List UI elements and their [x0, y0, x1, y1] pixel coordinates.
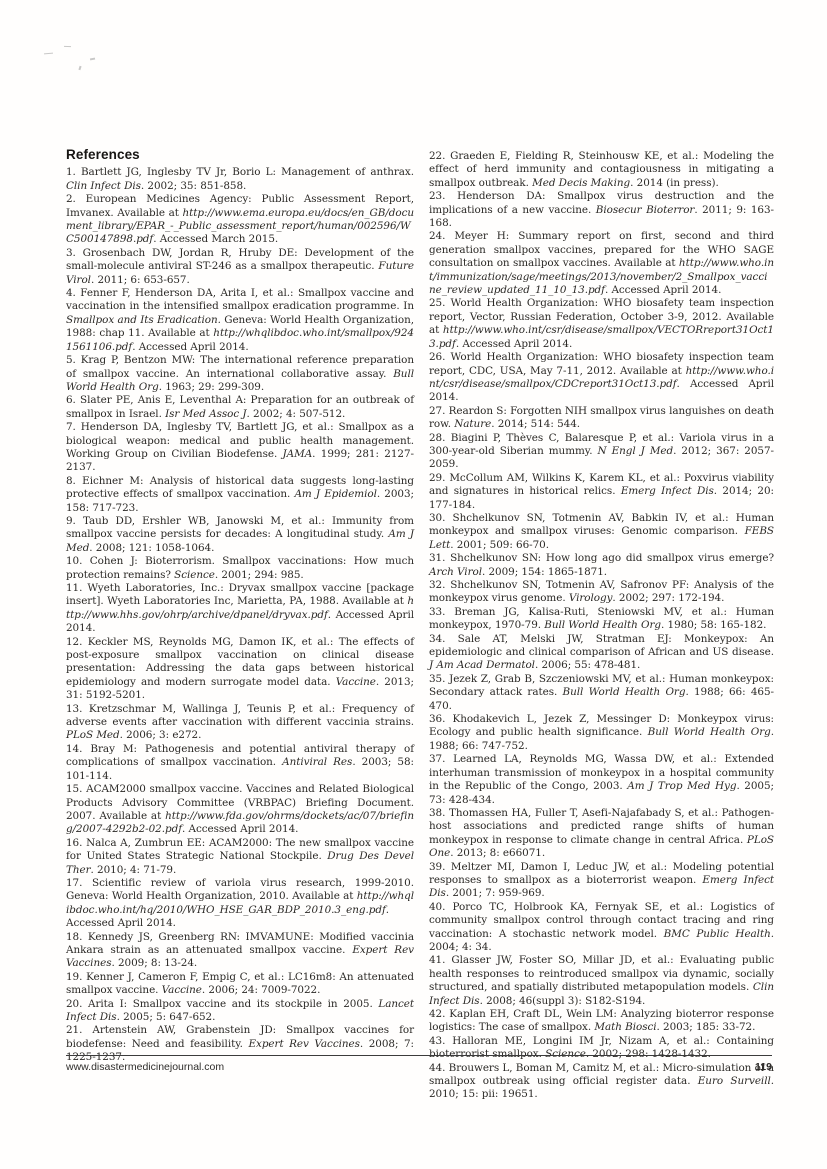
reference-text-segment: . 2006; 55: 478-481. — [535, 659, 640, 671]
references-list-right: 22. Graeden E, Fielding R, Steinhousw KE… — [429, 150, 774, 1102]
reference-item: 37. Learned LA, Reynolds MG, Wassa DW, e… — [429, 753, 774, 807]
reference-text-segment: 34. Sale AT, Melski JW, Stratman EJ: Mon… — [429, 633, 774, 658]
reference-item: 18. Kennedy JS, Greenberg RN: IMVAMUNE: … — [66, 931, 414, 971]
references-column-left: References 1. Bartlett JG, Inglesby TV J… — [66, 148, 414, 1065]
reference-item: 11. Wyeth Laboratories, Inc.: Dryvax sma… — [66, 582, 414, 636]
pencil-mark — [90, 58, 95, 60]
pencil-mark — [64, 46, 71, 47]
reference-journal-italic: PLoS Med — [66, 729, 120, 741]
reference-text-segment: 1. Bartlett JG, Inglesby TV Jr, Borio L:… — [66, 166, 414, 178]
reference-text-segment: . 2002; 297: 172-194. — [612, 592, 724, 604]
reference-item: 17. Scientific review of variola virus r… — [66, 877, 414, 931]
reference-item: 41. Glasser JW, Foster SO, Millar JD, et… — [429, 954, 774, 1008]
reference-journal-italic: Virology — [569, 592, 613, 604]
reference-text-segment: . 2001; 509: 66-70. — [450, 539, 549, 551]
reference-item: 20. Arita I: Smallpox vaccine and its st… — [66, 998, 414, 1025]
reference-text-segment: 3. Grosenbach DW, Jordan R, Hruby DE: De… — [66, 247, 414, 272]
reference-journal-italic: JAMA — [283, 448, 313, 460]
reference-item: 3. Grosenbach DW, Jordan R, Hruby DE: De… — [66, 247, 414, 287]
reference-journal-italic: BMC Public Health — [664, 928, 771, 940]
reference-journal-italic: N Engl J Med — [598, 445, 674, 457]
journal-page: References 1. Bartlett JG, Inglesby TV J… — [0, 0, 827, 1169]
reference-item: 13. Kretzschmar M, Wallinga J, Teunis P,… — [66, 703, 414, 743]
reference-journal-italic: Biosecur Bioterror — [596, 204, 695, 216]
reference-item: 30. Shchelkunov SN, Totmenin AV, Babkin … — [429, 512, 774, 552]
reference-item: 6. Slater PE, Anis E, Leventhal A: Prepa… — [66, 394, 414, 421]
reference-item: 1. Bartlett JG, Inglesby TV Jr, Borio L:… — [66, 166, 414, 193]
reference-text-segment: . 2003; 185: 33-72. — [657, 1021, 756, 1033]
reference-item: 7. Henderson DA, Inglesby TV, Bartlett J… — [66, 421, 414, 475]
reference-text-segment: . 2001; 294: 985. — [215, 569, 304, 581]
reference-text-segment: . 2009; 8: 13-24. — [111, 957, 197, 969]
reference-item: 2. European Medicines Agency: Public Ass… — [66, 193, 414, 247]
footer-divider — [66, 1055, 772, 1056]
reference-item: 32. Shchelkunov SN, Totmenin AV, Safrono… — [429, 579, 774, 606]
reference-item: 40. Porco TC, Holbrook KA, Fernyak SE, e… — [429, 901, 774, 955]
reference-item: 36. Khodakevich L, Jezek Z, Messinger D:… — [429, 713, 774, 753]
reference-text-segment: 9. Taub DD, Ershler WB, Janowski M, et a… — [66, 515, 414, 540]
reference-text-segment: 13. Kretzschmar M, Wallinga J, Teunis P,… — [66, 703, 414, 728]
reference-text-segment: 4. Fenner F, Henderson DA, Arita I, et a… — [66, 287, 414, 312]
reference-item: 8. Eichner M: Analysis of historical dat… — [66, 475, 414, 515]
reference-item: 5. Krag P, Bentzon MW: The international… — [66, 354, 414, 394]
reference-text-segment: . 2001; 7: 959-969. — [446, 887, 545, 899]
reference-text-segment: . 1980; 58: 165-182. — [661, 619, 766, 631]
reference-text-segment: 30. Shchelkunov SN, Totmenin AV, Babkin … — [429, 512, 774, 537]
reference-journal-italic: Clin Infect Dis — [66, 180, 141, 192]
reference-text-segment: . 2008; 121: 1058-1064. — [89, 542, 214, 554]
reference-journal-italic: Vaccine — [162, 984, 202, 996]
references-heading: References — [66, 148, 414, 161]
reference-item: 31. Shchelkunov SN: How long ago did sma… — [429, 552, 774, 579]
reference-text-segment: . 2005; 5: 647-652. — [117, 1011, 216, 1023]
pencil-mark — [44, 53, 53, 55]
reference-text-segment: . 1963; 29: 299-309. — [159, 381, 264, 393]
reference-text-segment: . Accessed March 2015. — [153, 233, 278, 245]
reference-item: 38. Thomassen HA, Fuller T, Asefi-Najafa… — [429, 807, 774, 861]
reference-text-segment: . 2002; 35: 851-858. — [141, 180, 246, 192]
page-footer: www.disastermedicinejournal.com 119 — [66, 1061, 772, 1073]
reference-text-segment: . 2011; 6: 653-657. — [91, 274, 190, 286]
reference-text-segment: . 2014; 514: 544. — [491, 418, 580, 430]
reference-item: 4. Fenner F, Henderson DA, Arita I, et a… — [66, 287, 414, 354]
reference-text-segment: 20. Arita I: Smallpox vaccine and its st… — [66, 998, 378, 1010]
reference-journal-italic: Isr Med Assoc J — [165, 408, 246, 420]
reference-item: 39. Meltzer MI, Damon I, Leduc JW, et al… — [429, 861, 774, 901]
reference-text-segment: . 2006; 24: 7009-7022. — [202, 984, 320, 996]
reference-journal-italic: Math Biosci — [594, 1021, 656, 1033]
reference-text-segment: . 2006; 3: e272. — [120, 729, 202, 741]
reference-journal-italic: Am J Trop Med Hyg — [627, 780, 736, 792]
reference-item: 12. Keckler MS, Reynolds MG, Damon IK, e… — [66, 636, 414, 703]
reference-text-segment: 5. Krag P, Bentzon MW: The international… — [66, 354, 414, 379]
reference-item: 34. Sale AT, Melski JW, Stratman EJ: Mon… — [429, 633, 774, 673]
reference-journal-italic: Antiviral Res — [282, 756, 352, 768]
reference-journal-italic: Bull World Health Org — [648, 726, 771, 738]
reference-text-segment: . Accessed April 2014. — [605, 284, 721, 296]
reference-item: 21. Artenstein AW, Grabenstein JD: Small… — [66, 1024, 414, 1064]
reference-journal-italic: Vaccine — [336, 676, 376, 688]
reference-item: 15. ACAM2000 smallpox vaccine. Vaccines … — [66, 783, 414, 837]
reference-text-segment: . Accessed April 2014. — [132, 341, 248, 353]
reference-item: 23. Henderson DA: Smallpox virus destruc… — [429, 190, 774, 230]
reference-item: 27. Reardon S: Forgotten NIH smallpox vi… — [429, 405, 774, 432]
reference-item: 16. Nalca A, Zumbrun EE: ACAM2000: The n… — [66, 837, 414, 877]
reference-journal-italic: Smallpox and Its Eradication — [66, 314, 218, 326]
reference-journal-italic: Emerg Infect Dis — [621, 485, 714, 497]
pencil-mark — [78, 66, 81, 70]
reference-journal-italic: Bull World Health Org — [544, 619, 661, 631]
reference-item: 33. Breman JG, Kalisa-Ruti, Steniowski M… — [429, 606, 774, 633]
reference-text-segment: 41. Glasser JW, Foster SO, Millar JD, et… — [429, 954, 774, 993]
reference-item: 35. Jezek Z, Grab B, Szczeniowski MV, et… — [429, 673, 774, 713]
reference-item: 42. Kaplan EH, Craft DL, Wein LM: Analyz… — [429, 1008, 774, 1035]
reference-item: 19. Kenner J, Cameron F, Empig C, et al.… — [66, 971, 414, 998]
reference-journal-italic: Med Decis Making — [532, 177, 630, 189]
reference-text-segment: . 2013; 8: e66071. — [450, 847, 545, 859]
reference-journal-italic: Science — [174, 569, 215, 581]
reference-item: 28. Biagini P, Thèves C, Balaresque P, e… — [429, 432, 774, 472]
reference-text-segment: . 2008; 46(suppl 3): S182-S194. — [480, 995, 646, 1007]
reference-text-segment: 38. Thomassen HA, Fuller T, Asefi-Najafa… — [429, 807, 774, 846]
reference-text-segment: . 2002; 4: 507-512. — [247, 408, 346, 420]
reference-text-segment: . 2009; 154: 1865-1871. — [482, 566, 607, 578]
reference-item: 9. Taub DD, Ershler WB, Janowski M, et a… — [66, 515, 414, 555]
page-number: 119 — [755, 1061, 772, 1073]
reference-journal-italic: Bull World Health Org — [563, 686, 686, 698]
reference-item: 43. Halloran ME, Longini IM Jr, Nizam A,… — [429, 1035, 774, 1062]
reference-journal-italic: J Am Acad Dermatol — [429, 659, 535, 671]
reference-item: 29. McCollum AM, Wilkins K, Karem KL, et… — [429, 472, 774, 512]
reference-text-segment: . 2014 (in press). — [630, 177, 719, 189]
reference-journal-italic: Arch Virol — [429, 566, 482, 578]
reference-item: 14. Bray M: Pathogenesis and potential a… — [66, 743, 414, 783]
reference-text-segment: . Accessed April 2014. — [182, 823, 298, 835]
reference-journal-italic: Nature — [454, 418, 491, 430]
reference-text-segment: . Accessed April 2014. — [456, 338, 572, 350]
references-list-left: 1. Bartlett JG, Inglesby TV Jr, Borio L:… — [66, 166, 414, 1064]
reference-item: 24. Meyer H: Summary report on first, se… — [429, 230, 774, 297]
reference-item: 22. Graeden E, Fielding R, Steinhousw KE… — [429, 150, 774, 190]
journal-url: www.disastermedicinejournal.com — [66, 1061, 224, 1073]
reference-journal-italic: Euro Surveill — [698, 1075, 771, 1087]
reference-item: 26. World Health Organization: WHO biosa… — [429, 351, 774, 405]
reference-journal-italic: Am J Epidemiol — [294, 488, 376, 500]
reference-text-segment: 31. Shchelkunov SN: How long ago did sma… — [429, 552, 774, 564]
reference-text-segment: 11. Wyeth Laboratories, Inc.: Dryvax sma… — [66, 582, 414, 607]
references-column-right: 22. Graeden E, Fielding R, Steinhousw KE… — [429, 150, 774, 1102]
reference-journal-italic: Expert Rev Vaccines — [248, 1038, 359, 1050]
reference-item: 10. Cohen J: Bioterrorism. Smallpox vacc… — [66, 555, 414, 582]
reference-item: 25. World Health Organization: WHO biosa… — [429, 297, 774, 351]
reference-text-segment: . 2010; 4: 71-79. — [91, 864, 177, 876]
